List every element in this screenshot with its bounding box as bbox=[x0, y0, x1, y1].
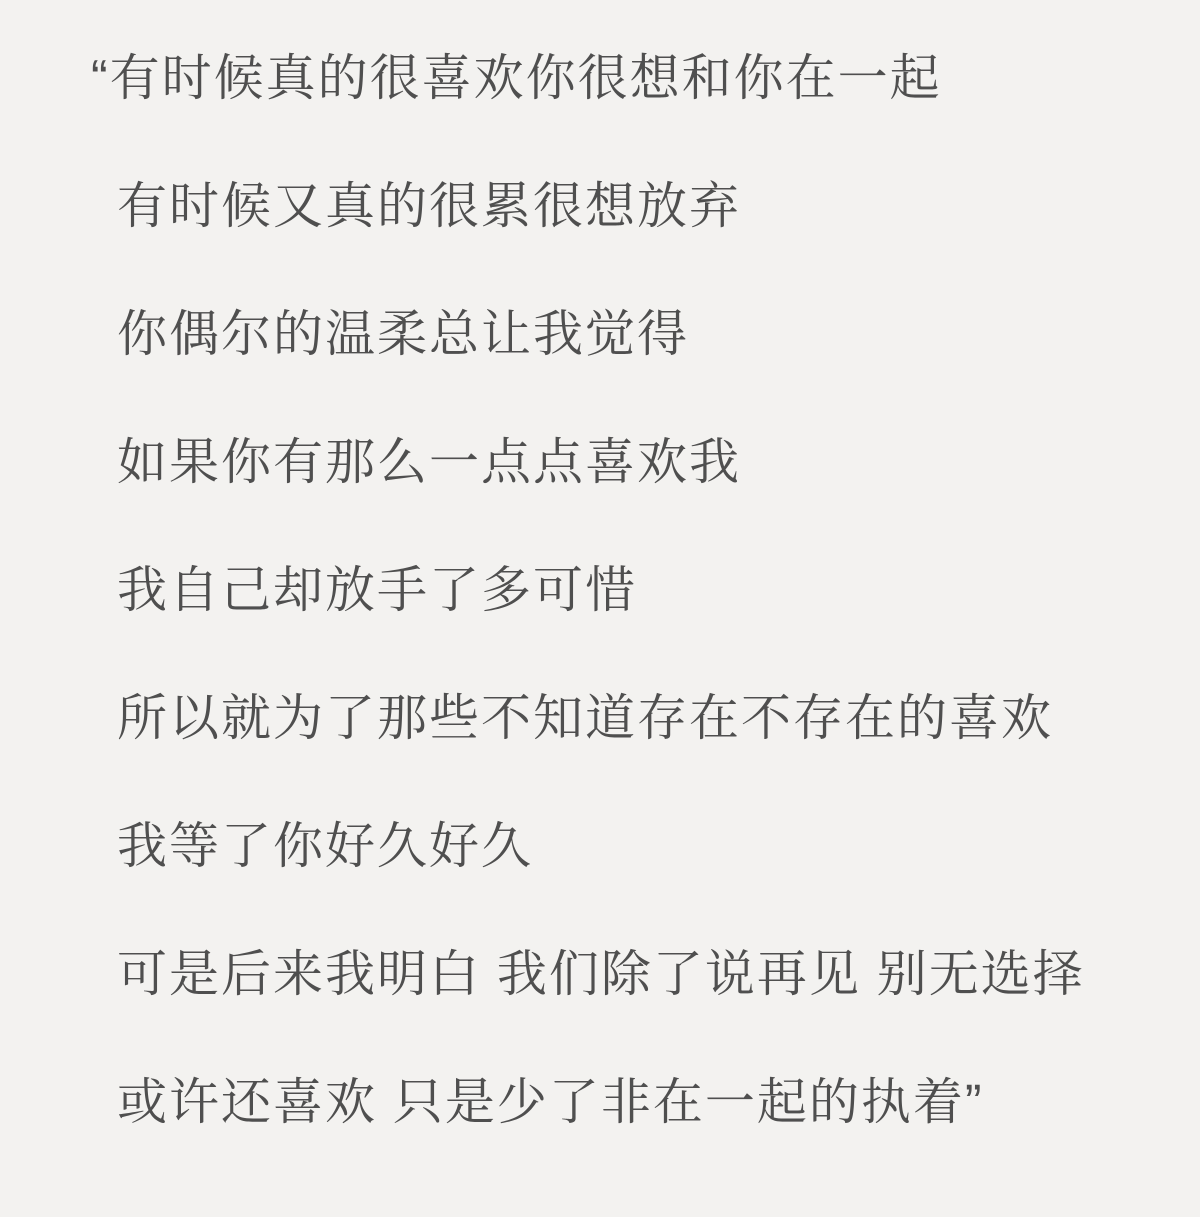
poem-line-7: 我等了你好久好久 bbox=[117, 782, 1160, 910]
poem-line-5: 我自己却放手了多可惜 bbox=[117, 526, 1160, 654]
poem-line-9: 或许还喜欢 只是少了非在一起的执着” bbox=[117, 1038, 1160, 1166]
quote-card: “有时候真的很喜欢你很想和你在一起 有时候又真的很累很想放弃 你偶尔的温柔总让我… bbox=[0, 0, 1200, 1217]
poem-line-6: 所以就为了那些不知道存在不存在的喜欢 bbox=[117, 654, 1160, 782]
poem-line-8: 可是后来我明白 我们除了说再见 别无选择 bbox=[117, 910, 1160, 1038]
poem-line-3: 你偶尔的温柔总让我觉得 bbox=[117, 270, 1160, 398]
poem-line-1: “有时候真的很喜欢你很想和你在一起 bbox=[117, 14, 1160, 142]
poem-line-2: 有时候又真的很累很想放弃 bbox=[117, 142, 1160, 270]
poem-line-4: 如果你有那么一点点喜欢我 bbox=[117, 398, 1160, 526]
